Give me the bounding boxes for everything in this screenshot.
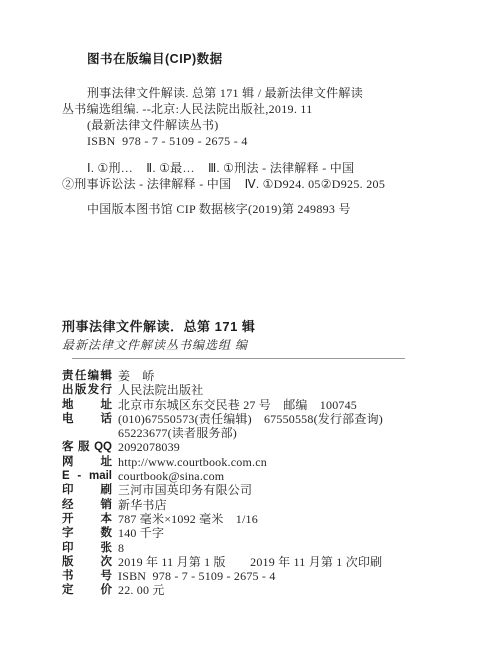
cip-record-line: ISBN 978 - 7 - 5109 - 2675 - 4 xyxy=(62,133,424,149)
colophon-row: E - mailcourtbook@sina.com xyxy=(62,469,424,483)
cip-classification-block: Ⅰ. ①刑… Ⅱ. ①最… Ⅲ. ①刑法 - 法律解释 - 中国②刑事诉讼法 -… xyxy=(62,160,424,192)
cip-heading: 图书在版编目(CIP)数据 xyxy=(87,52,424,66)
colophon-row: 责任编辑姜 峤 xyxy=(62,369,424,383)
colophon-label: 网址 xyxy=(62,455,112,469)
colophon-value: 140 千字 xyxy=(118,526,164,540)
colophon-value: 北京市东城区东交民巷 27 号 邮编 100745 xyxy=(118,398,357,412)
colophon-value: http://www.courtbook.com.cn xyxy=(118,455,267,469)
colophon-value: 2019 年 11 月第 1 版 2019 年 11 月第 1 次印刷 xyxy=(118,555,382,569)
colophon-label: 印刷 xyxy=(62,483,112,497)
colophon-value: 姜 峤 xyxy=(118,369,155,383)
colophon-value: (010)67550573(责任编辑) 67550558(发行部查询) xyxy=(118,412,383,426)
colophon-label: 出版发行 xyxy=(62,383,112,397)
colophon-value: 新华书店 xyxy=(118,498,167,512)
colophon-row: 电话(010)67550573(责任编辑) 67550558(发行部查询) xyxy=(62,412,424,426)
cip-verify-line: 中国版本图书馆 CIP 数据核字(2019)第 249893 号 xyxy=(62,201,424,217)
colophon-value: 人民法院出版社 xyxy=(118,383,203,397)
colophon-row-continuation: 65223677(读者服务部) xyxy=(62,426,424,440)
colophon-value: 三河市国英印务有限公司 xyxy=(118,483,252,497)
colophon-row: 网址http://www.courtbook.com.cn xyxy=(62,455,424,469)
colophon-list: 责任编辑姜 峤出版发行人民法院出版社地址北京市东城区东交民巷 27 号 邮编 1… xyxy=(62,369,424,598)
colophon-label: 客服QQ xyxy=(62,440,112,454)
colophon-value: courtbook@sina.com xyxy=(118,469,224,483)
colophon-row: 定价22. 00 元 xyxy=(62,583,424,597)
colophon-label: 版次 xyxy=(62,555,112,569)
colophon-label: 印张 xyxy=(62,541,112,555)
colophon-row: 书号ISBN 978 - 7 - 5109 - 2675 - 4 xyxy=(62,569,424,583)
colophon-row: 出版发行人民法院出版社 xyxy=(62,383,424,397)
cip-class-line: Ⅰ. ①刑… Ⅱ. ①最… Ⅲ. ①刑法 - 法律解释 - 中国 xyxy=(62,160,424,176)
colophon-row: 印张8 xyxy=(62,541,424,555)
colophon-label: 责任编辑 xyxy=(62,369,112,383)
book-editor: 最新法律文件解读丛书编选组 编 xyxy=(62,338,424,352)
colophon-value: 2092078039 xyxy=(118,440,180,454)
colophon-label: 字数 xyxy=(62,526,112,540)
colophon-value: ISBN 978 - 7 - 5109 - 2675 - 4 xyxy=(118,569,276,583)
colophon-value: 22. 00 元 xyxy=(118,583,165,597)
colophon-row: 客服QQ2092078039 xyxy=(62,440,424,454)
colophon-row: 字数140 千字 xyxy=(62,526,424,540)
colophon-label: 电话 xyxy=(62,412,112,426)
colophon-value: 8 xyxy=(118,541,124,555)
cip-record-block: 刑事法律文件解读. 总第 171 辑 / 最新法律文件解读丛书编选组编. --北… xyxy=(62,85,424,149)
colophon-label: 经销 xyxy=(62,498,112,512)
colophon-row: 版次2019 年 11 月第 1 版 2019 年 11 月第 1 次印刷 xyxy=(62,555,424,569)
colophon-label: E - mail xyxy=(62,469,112,483)
colophon-row: 经销新华书店 xyxy=(62,498,424,512)
colophon-row: 印刷三河市国英印务有限公司 xyxy=(62,483,424,497)
cip-class-line: ②刑事诉讼法 - 法律解释 - 中国 Ⅳ. ①D924. 05②D925. 20… xyxy=(62,176,424,192)
cip-record-line: 刑事法律文件解读. 总第 171 辑 / 最新法律文件解读 xyxy=(62,85,424,101)
colophon-label: 地址 xyxy=(62,398,112,412)
cip-record-line: 丛书编选组编. --北京:人民法院出版社,2019. 11 xyxy=(62,101,424,117)
colophon-label: 定价 xyxy=(62,583,112,597)
colophon-value: 65223677(读者服务部) xyxy=(118,426,237,440)
colophon-label: 书号 xyxy=(62,569,112,583)
book-title: 刑事法律文件解读．总第 171 辑 xyxy=(62,319,424,334)
cip-record-line: (最新法律文件解读丛书) xyxy=(62,117,424,133)
colophon-row: 开本787 毫米×1092 毫米 1/16 xyxy=(62,512,424,526)
divider-rule xyxy=(72,358,405,359)
colophon-value: 787 毫米×1092 毫米 1/16 xyxy=(118,512,258,526)
copyright-page: 图书在版编目(CIP)数据 刑事法律文件解读. 总第 171 辑 / 最新法律文… xyxy=(0,0,482,652)
colophon-row: 地址北京市东城区东交民巷 27 号 邮编 100745 xyxy=(62,398,424,412)
colophon-label: 开本 xyxy=(62,512,112,526)
